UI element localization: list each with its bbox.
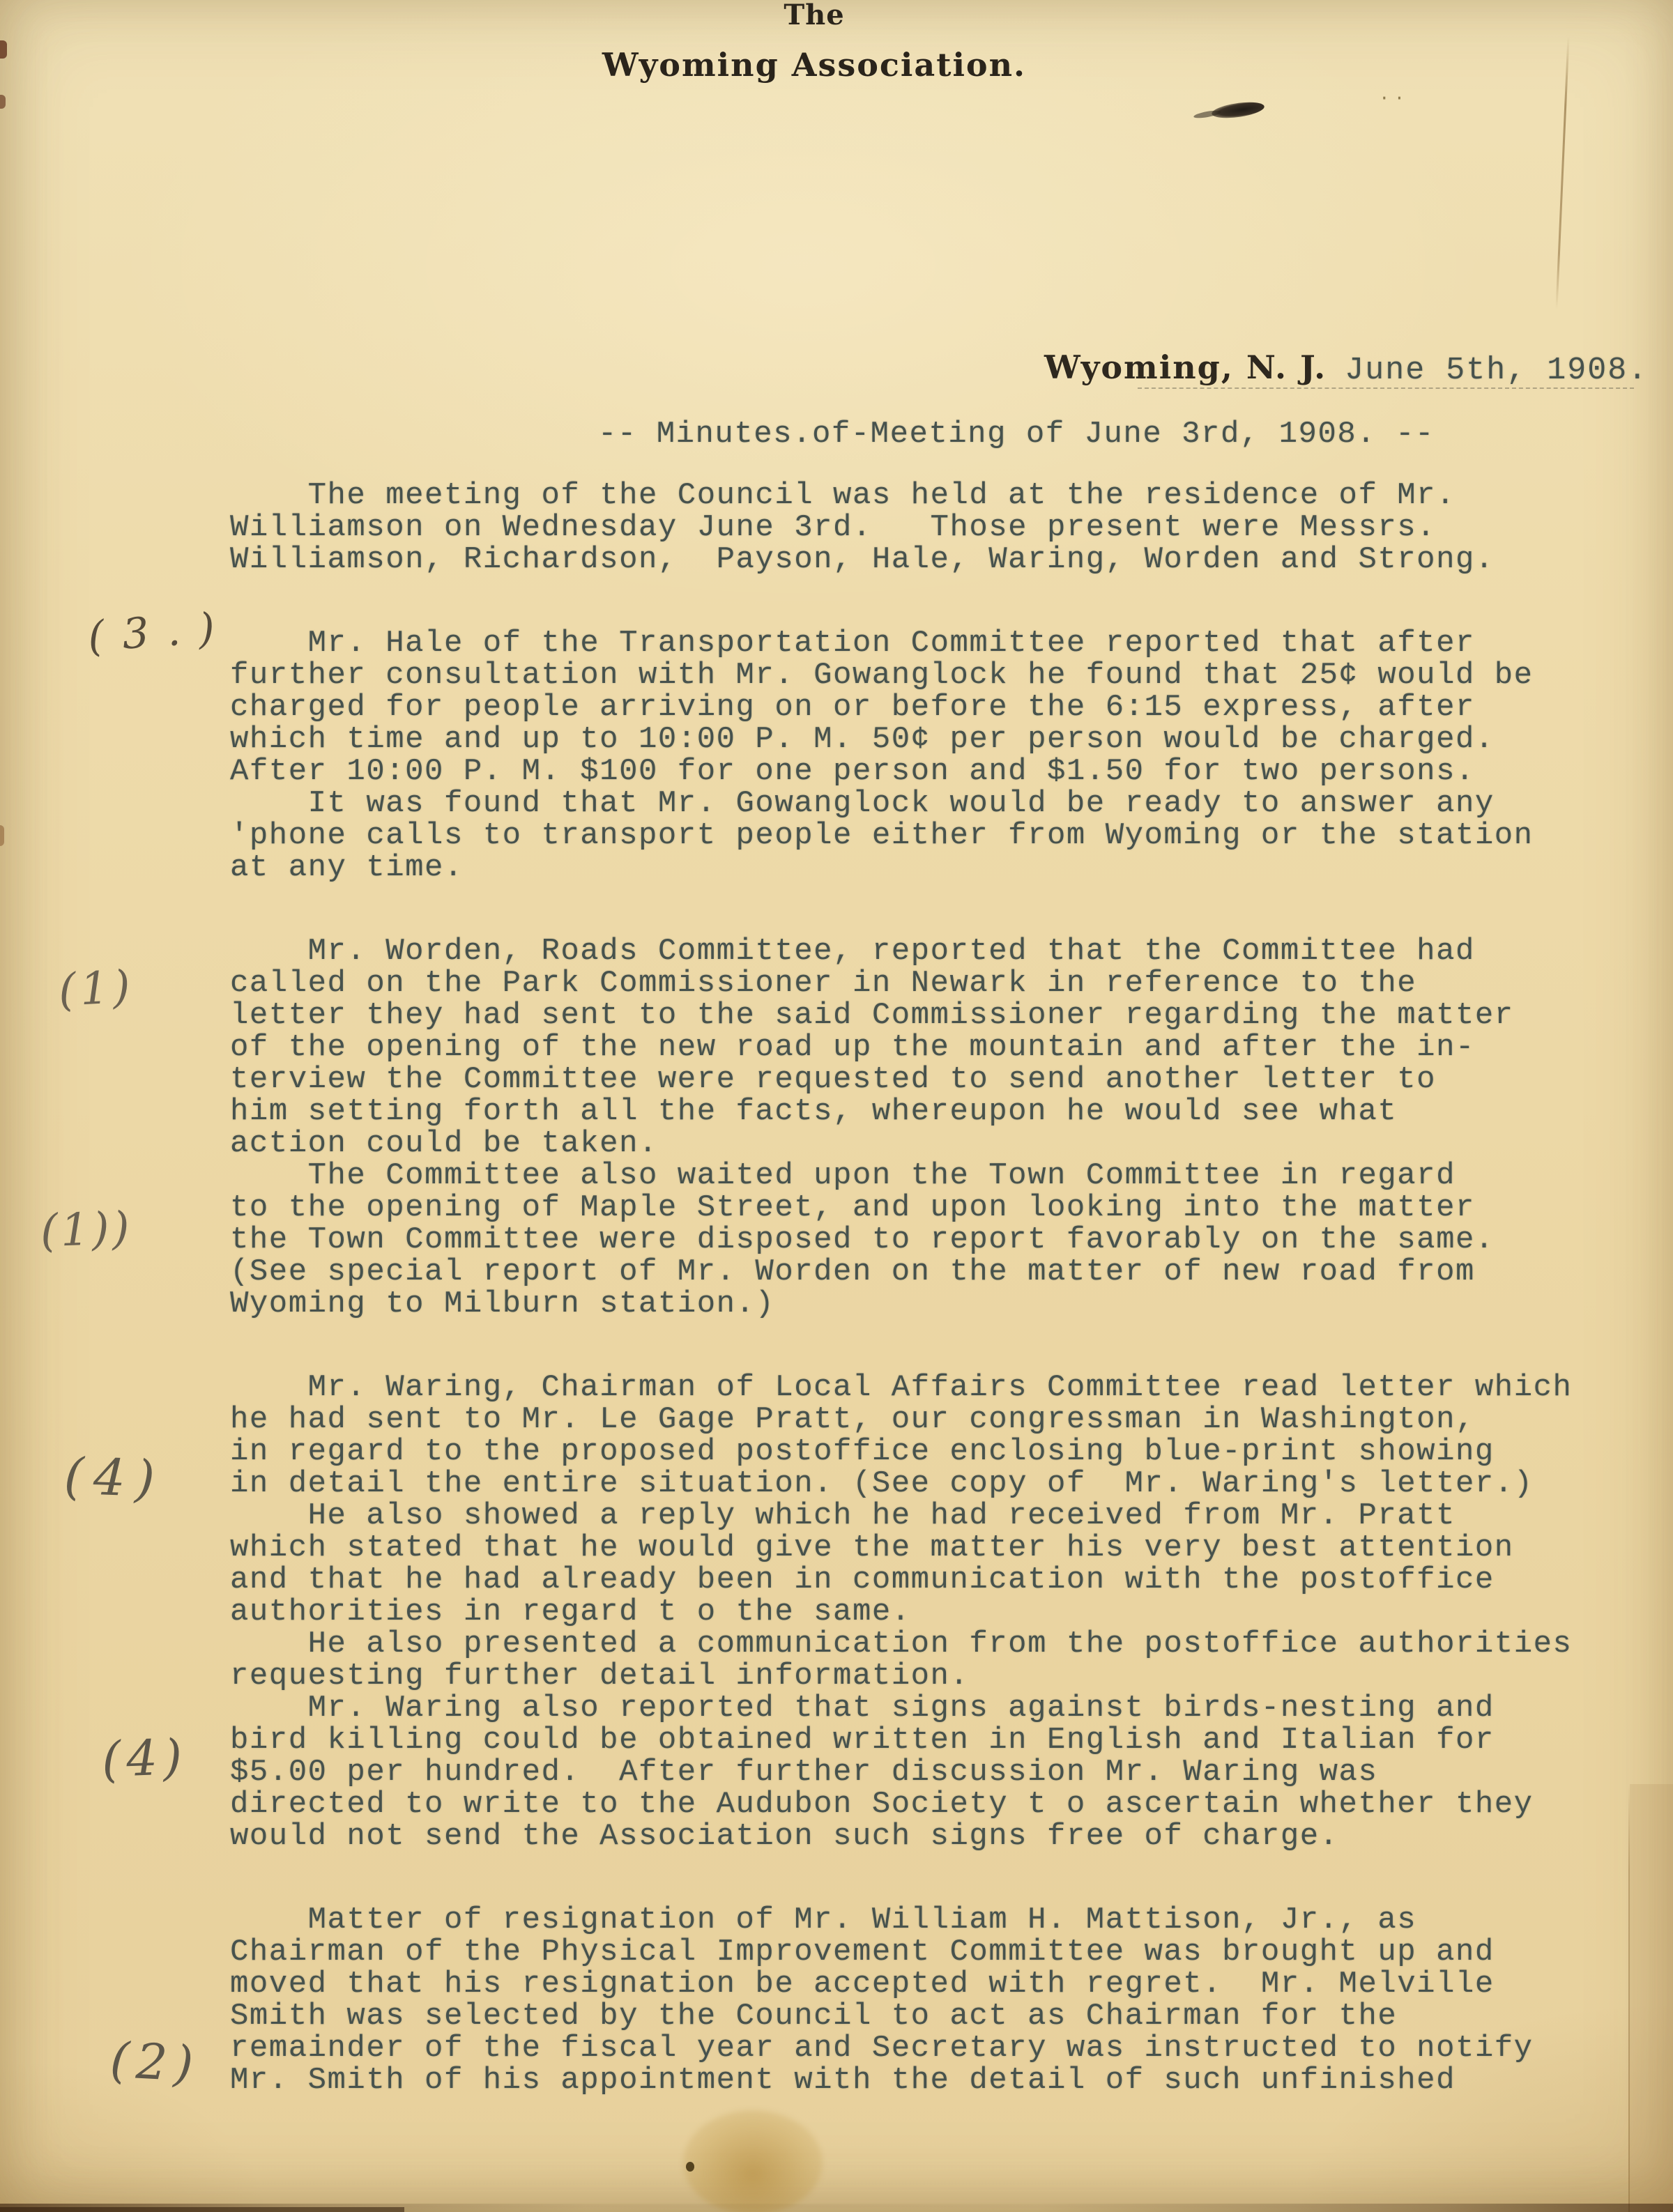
paper-edge-mark [0, 40, 7, 59]
ink-specks: ·· [1379, 88, 1407, 103]
paper-edge-mark [0, 95, 6, 109]
ink-smudge-tail [1193, 109, 1222, 120]
paragraph-roads-report: Mr. Worden, Roads Committee, reported th… [230, 935, 1631, 1320]
margin-note-2: (2) [109, 2031, 201, 2094]
dateline-date: June 5th, 1908. [1345, 353, 1648, 388]
paper-fold-strip [1630, 1784, 1673, 2212]
margin-note-1b: (1)) [40, 1203, 133, 1258]
letterhead-association-name: Wyoming Association. [0, 47, 1628, 82]
paragraph-meeting-attendance: The meeting of the Council was held at t… [230, 479, 1631, 576]
paragraph-resignation: Matter of resignation of Mr. William H. … [230, 1904, 1631, 2096]
letterhead: The Wyoming Association. [0, 0, 1628, 82]
paragraph-local-affairs-report: Mr. Waring, Chairman of Local Affairs Co… [230, 1372, 1631, 1852]
margin-note-3: (3.) [86, 603, 234, 661]
margin-note-4a: (4) [63, 1447, 166, 1509]
margin-note-1a: (1) [57, 961, 135, 1017]
minutes-title: -- Minutes.of-Meeting of June 3rd, 1908.… [598, 417, 1435, 452]
paper-edge-mark [0, 825, 4, 846]
paper-stain-dot [686, 2162, 694, 2172]
paper-stain [683, 2110, 823, 2212]
letterhead-the: The [0, 0, 1628, 31]
margin-note-4b: (4) [101, 1728, 189, 1788]
paragraph-transportation-report: Mr. Hale of the Transportation Committee… [230, 627, 1631, 884]
dateline-place: Wyoming, N. J. [1044, 348, 1327, 386]
minutes-body: The meeting of the Council was held at t… [230, 479, 1631, 2148]
paper-bottom-edge-dark [0, 2207, 404, 2212]
document-page: The Wyoming Association. Wyoming, N. J.J… [0, 0, 1673, 2212]
dateline: Wyoming, N. J.June 5th, 1908. [1044, 348, 1648, 388]
